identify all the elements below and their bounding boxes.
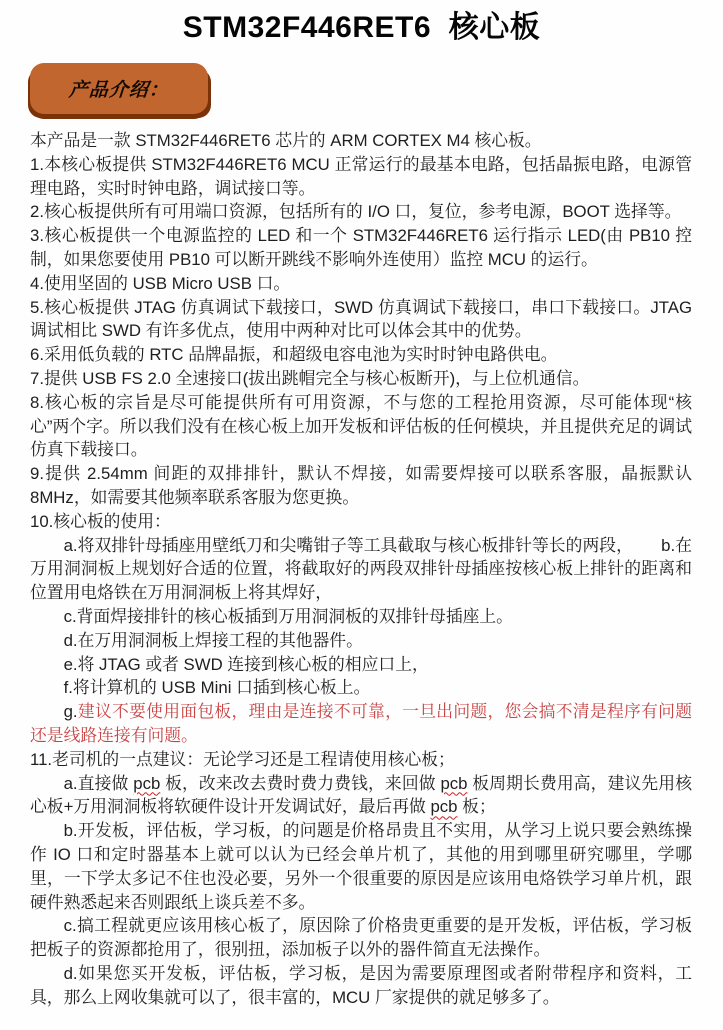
- paragraph: 4.使用坚固的 USB Micro USB 口。: [30, 272, 692, 296]
- text-segment: 7.提供 USB FS 2.0 全速接口(拔出跳帽完全与核心板断开)，与上位机通…: [30, 369, 589, 388]
- text-segment: e.将 JTAG 或者 SWD 连接到核心板的相应口上，: [64, 655, 429, 674]
- text-segment: 1.本核心板提供 STM32F446RET6 MCU 正常运行的最基本电路，包括…: [30, 155, 692, 198]
- warning-text: 建议不要使用面包板，理由是连接不可靠，一旦出问题，您会搞不清是程序有问题还是线路…: [30, 702, 692, 745]
- paragraph: 3.核心板提供一个电源监控的 LED 和一个 STM32F446RET6 运行指…: [30, 224, 692, 272]
- paragraph: b.开发板，评估板，学习板，的问题是价格昂贵且不实用，从学习上说只要会熟练操作 …: [30, 819, 692, 914]
- spellcheck-word: pcb: [133, 774, 160, 793]
- text-segment: d.如果您买开发板，评估板，学习板，是因为需要原理图或者附带程序和资料，工具，那…: [30, 964, 692, 1007]
- paragraph: 9.提供 2.54mm 间距的双排排针，默认不焊接，如需要焊接可以联系客服，晶振…: [30, 462, 692, 510]
- paragraph: 6.采用低负载的 RTC 品牌晶振，和超级电容电池为实时时钟电路供电。: [30, 343, 692, 367]
- text-segment: g.: [64, 702, 78, 721]
- paragraph: a.将双排针母插座用壁纸刀和尖嘴钳子等工具截取与核心板排针等长的两段， b.在万…: [30, 534, 692, 605]
- page-title: STM32F446RET6 核心板: [0, 2, 723, 46]
- paragraph: 11.老司机的一点建议：无论学习还是工程请使用核心板；: [30, 748, 692, 772]
- paragraph: g.建议不要使用面包板，理由是连接不可靠，一旦出问题，您会搞不清是程序有问题还是…: [30, 700, 692, 748]
- text-segment: c.背面焊接排针的核心板插到万用洞洞板的双排针母插座上。: [64, 607, 513, 626]
- text-segment: 11.老司机的一点建议：无论学习还是工程请使用核心板；: [30, 750, 455, 769]
- text-segment: f.将计算机的 USB Mini 口插到核心板上。: [64, 678, 371, 697]
- paragraph: 5.核心板提供 JTAG 仿真调试下载接口，SWD 仿真调试下载接口，串口下载接…: [30, 296, 692, 344]
- paragraph: d.在万用洞洞板上焊接工程的其他器件。: [30, 629, 692, 653]
- paragraph: 本产品是一款 STM32F446RET6 芯片的 ARM CORTEX M4 核…: [30, 129, 692, 153]
- text-segment: 本产品是一款 STM32F446RET6 芯片的 ARM CORTEX M4 核…: [30, 131, 542, 150]
- text-segment: a.直接做: [64, 774, 134, 793]
- spellcheck-word: pcb: [430, 797, 457, 816]
- text-segment: 10.核心板的使用：: [30, 512, 171, 531]
- text-segment: c.搞工程就更应该用核心板了，原因除了价格贵更重要的是开发板，评估板，学习板把板…: [30, 916, 692, 959]
- text-segment: 板；: [458, 797, 496, 816]
- text-segment: a.将双排针母插座用壁纸刀和尖嘴钳子等工具截取与核心板排针等长的两段， b.在万…: [30, 536, 692, 603]
- document-body: 本产品是一款 STM32F446RET6 芯片的 ARM CORTEX M4 核…: [30, 129, 692, 1009]
- text-segment: 2.核心板提供所有可用端口资源，包括所有的 I/O 口，复位，参考电源，BOOT…: [30, 202, 681, 221]
- text-segment: 8.核心板的宗旨是尽可能提供所有可用资源，不与您的工程抢用资源，尽可能体现“核心…: [30, 393, 692, 460]
- text-segment: 9.提供 2.54mm 间距的双排排针，默认不焊接，如需要焊接可以联系客服，晶振…: [30, 464, 697, 507]
- paragraph: f.将计算机的 USB Mini 口插到核心板上。: [30, 676, 692, 700]
- text-segment: 板，改来改去费时费力费钱，来回做: [160, 774, 440, 793]
- paragraph: 10.核心板的使用：: [30, 510, 692, 534]
- text-segment: 4.使用坚固的 USB Micro USB 口。: [30, 274, 290, 293]
- text-segment: 3.核心板提供一个电源监控的 LED 和一个 STM32F446RET6 运行指…: [30, 226, 692, 269]
- paragraph: 2.核心板提供所有可用端口资源，包括所有的 I/O 口，复位，参考电源，BOOT…: [30, 200, 692, 224]
- text-segment: d.在万用洞洞板上焊接工程的其他器件。: [64, 631, 363, 650]
- text-segment: b.开发板，评估板，学习板，的问题是价格昂贵且不实用，从学习上说只要会熟练操作 …: [30, 821, 692, 911]
- paragraph: a.直接做 pcb 板，改来改去费时费力费钱，来回做 pcb 板周期长费用高，建…: [30, 772, 692, 820]
- paragraph: 7.提供 USB FS 2.0 全速接口(拔出跳帽完全与核心板断开)，与上位机通…: [30, 367, 692, 391]
- paragraph: c.搞工程就更应该用核心板了，原因除了价格贵更重要的是开发板，评估板，学习板把板…: [30, 914, 692, 962]
- text-segment: 5.核心板提供 JTAG 仿真调试下载接口，SWD 仿真调试下载接口，串口下载接…: [30, 298, 697, 341]
- paragraph: c.背面焊接排针的核心板插到万用洞洞板的双排针母插座上。: [30, 605, 692, 629]
- paragraph: d.如果您买开发板，评估板，学习板，是因为需要原理图或者附带程序和资料，工具，那…: [30, 962, 692, 1010]
- paragraph: e.将 JTAG 或者 SWD 连接到核心板的相应口上，: [30, 653, 692, 677]
- text-segment: 6.采用低负载的 RTC 品牌晶振，和超级电容电池为实时时钟电路供电。: [30, 345, 557, 364]
- product-intro-banner: 产品介绍：: [30, 63, 208, 114]
- paragraph: 8.核心板的宗旨是尽可能提供所有可用资源，不与您的工程抢用资源，尽可能体现“核心…: [30, 391, 692, 462]
- product-intro-banner-label: 产品介绍：: [68, 75, 170, 102]
- paragraph: 1.本核心板提供 STM32F446RET6 MCU 正常运行的最基本电路，包括…: [30, 153, 692, 201]
- spellcheck-word: pcb: [440, 774, 467, 793]
